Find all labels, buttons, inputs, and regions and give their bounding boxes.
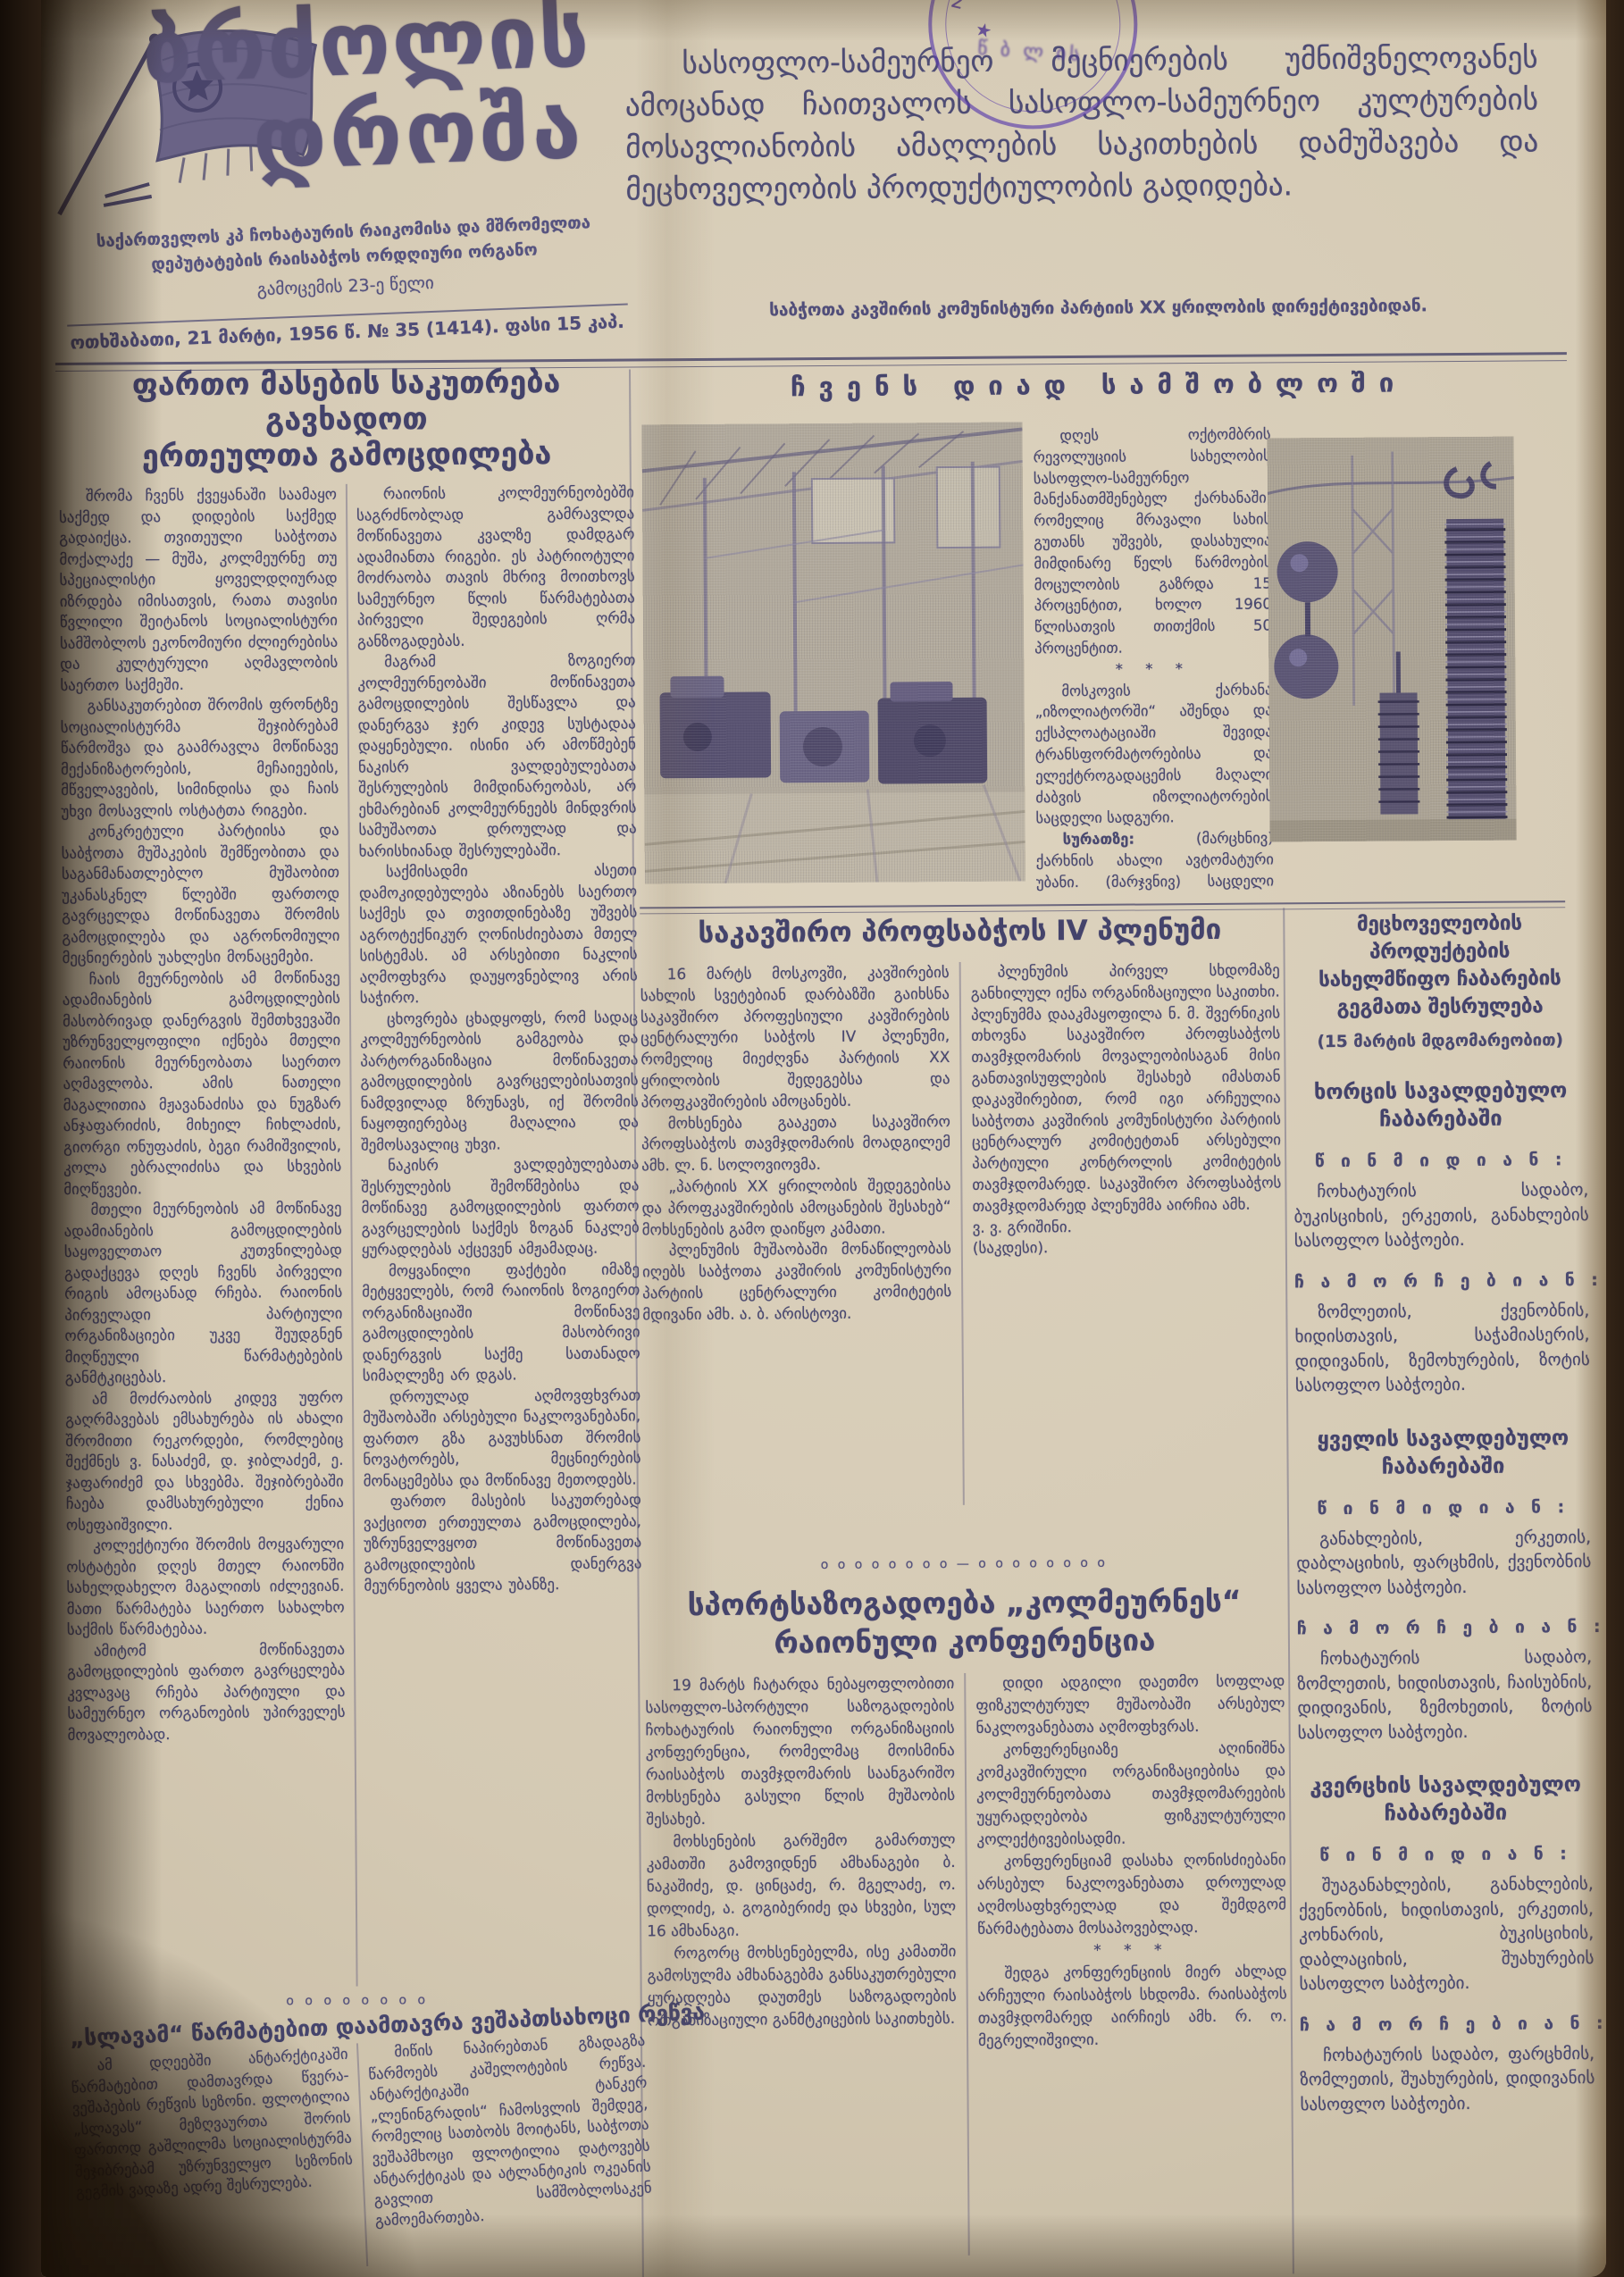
plenum-col2: პლენუმის პირველ სხდომაზე განხილულ იქნა ო… [971, 959, 1284, 1504]
masthead: ბრძოლის დროშა საქართველოს კპ ჩოხატაურის … [45, 0, 637, 326]
plenum-col1: 16 მარტს მოსკოვში, კავშირების სახლის სვე… [640, 962, 953, 1507]
left-article-col1: შრომა ჩვენს ქვეყანაში საამაყო საქმედ და … [59, 484, 347, 1988]
slava-col1: ამ დღეებში ანტარქტიკაში წარმატებით დამთა… [70, 2044, 357, 2277]
dateline: ოთხშაბათი, 21 მარტი, 1956 წ. № 35 (1414)… [62, 310, 632, 353]
slava-columns: ამ დღეებში ანტარქტიკაში წარმატებით დამთა… [70, 2030, 656, 2277]
behind-label: ჩ ა მ ო რ ჩ ე ბ ი ა ნ : [1297, 1617, 1592, 1638]
plenum-columns: 16 მარტს მოსკოვში, კავშირების სახლის სვე… [640, 959, 1284, 1507]
livestock-block-eggs: კვერცხის სავალდებულო ჩაბარებაში წ ი ნ მ … [1298, 1771, 1595, 2117]
our-country-column: დღეს ოქტომბრის რევოლუციის სახელობის სასო… [1033, 423, 1274, 893]
slava-col2: მიწის ნაპირებთან გზადაგზა წარმოებს კაშელ… [367, 2030, 655, 2266]
ahead-list: ჩოხატაურის სადაბო, ბუკისციხის, ერკეთის, … [1293, 1178, 1589, 1254]
our-country-headline: ჩვენს დიად სამშობლოში [636, 366, 1561, 403]
factory-photo [641, 422, 1025, 883]
left-article: ფართო მასების საკუთრება გავხადოთ ერთეულთ… [58, 364, 648, 2274]
conference-headline-line1: სპორტსაზოგადოება „კოლმეურნეს“ [644, 1581, 1284, 1624]
conference-col2: დიდი ადგილი დაეთმო სოფლად ფიზკულტურულ მუ… [975, 1670, 1289, 2255]
livestock-date-note: (15 მარტის მდგომარეობით) [1293, 1031, 1587, 1051]
left-article-headline-line1: ფართო მასების საკუთრება გავხადოთ [58, 364, 635, 439]
behind-label: ჩ ა მ ო რ ჩ ე ბ ი ა ნ : [1294, 1270, 1589, 1292]
plenum-article: საკავშირო პროფსაბჭოს IV პლენუმი 16 მარტს… [640, 913, 1284, 1507]
conference-col2-text: დიდი ადგილი დაეთმო სოფლად ფიზკულტურულ მუ… [975, 1670, 1286, 1940]
livestock-title-line1: მეცხოველეობის პროდუქტების [1292, 909, 1586, 967]
left-article-columns: შრომა ჩვენს ქვეყანაში საამაყო საქმედ და … [59, 481, 646, 1988]
conference-headline-line2: რაიონული კონფერენცია [645, 1620, 1285, 1662]
behind-label: ჩ ა მ ო რ ჩ ე ბ ი ა ნ : [1300, 2013, 1595, 2035]
livestock-subhead: კვერცხის სავალდებულო ჩაბარებაში [1298, 1771, 1593, 1828]
behind-list: ზომლეთის, ქვენობნის, ხიდისთავის, საჭამია… [1294, 1299, 1590, 1399]
ahead-list: შუაგანახლების, განახლების, ქვენობნის, ხი… [1299, 1872, 1595, 1997]
conference-columns: 19 მარტს ჩატარდა ნებაყოფლობითი სასოფლო-ს… [645, 1670, 1289, 2257]
electrical-station-photo [1268, 437, 1517, 842]
livestock-block-cheese: ყველის სავალდებულო ჩაბარებაში წ ი ნ მ ი … [1295, 1424, 1592, 1746]
ahead-label: წ ი ნ მ ი დ ი ა ნ : [1293, 1150, 1588, 1171]
left-article-col2: რაიონის კოლმეურნეობებში საგრძნობლად გამრ… [356, 481, 645, 1986]
newspaper-paper: ბრძოლის დროშა საქართველოს კპ ჩოხატაურის … [41, 0, 1606, 2277]
photo-caption-label: სურათზე: [1063, 831, 1134, 849]
ahead-label: წ ი ნ მ ი დ ი ა ნ : [1296, 1497, 1591, 1519]
conference-closing: შედგა კონფერენციის მიერ ახლად არჩეული რა… [977, 1961, 1287, 2052]
ahead-list: განახლების, ერკეთის, დაბლაციხის, ფარცხმი… [1296, 1526, 1592, 1602]
livestock-subhead: ყველის სავალდებულო ჩაბარებაში [1295, 1424, 1590, 1481]
stars-separator: * * * [1034, 657, 1272, 681]
our-country-para2: მოსკოვის ქარხანა „იზოლიატორში“ აშენდა და… [1034, 679, 1273, 829]
left-article-column-divider [346, 484, 358, 1987]
left-article-headline-line2: ერთეულთა გამოცდილება [59, 435, 635, 475]
masthead-title-line2: დროშა [251, 76, 586, 190]
page-content: ბრძოლის დროშა საქართველოს კპ ჩოხატაურის … [33, 0, 1614, 2277]
conference-article: სპორტსაზოგადოება „კოლმეურნეს“ რაიონული კ… [644, 1581, 1288, 2257]
newspaper-scan-page: ბრძოლის დროშა საქართველოს კპ ჩოხატაურის … [0, 0, 1624, 2277]
livestock-title-line3: გეგმათა შესრულება [1293, 992, 1587, 1022]
plenum-column-divider [959, 962, 965, 1505]
livestock-block-meat: ხორცის სავალდებულო ჩაბარებაში წ ი ნ მ ი … [1293, 1076, 1590, 1399]
lead-attribution: საბჭოთა კავშირის კომუნისტური პარტიის XX … [660, 295, 1536, 321]
conference-stars: * * * [977, 1938, 1286, 1963]
slava-column-divider [356, 2043, 368, 2266]
ornament-divider-double: o o o o o o o o — o o o o o o o o [644, 1554, 1284, 1573]
plenum-col2-text: პლენუმის პირველ სხდომაზე განხილულ იქნა ო… [971, 959, 1282, 1217]
photo-caption: სურათზე: (მარცხნივ) ქარხნის ახალი ავტომა… [1036, 828, 1274, 894]
plenum-signoff: (საკდესი). [973, 1236, 1282, 1260]
ahead-label: წ ი ნ მ ი დ ი ა ნ : [1299, 1844, 1594, 1865]
plenum-headline: საკავშირო პროფსაბჭოს IV პლენუმი [640, 913, 1279, 950]
behind-list: ჩოხატაურის სადაბო, ზომლეთის, ხიდისთავის,… [1297, 1645, 1593, 1745]
conference-col1: 19 მარტს ჩატარდა ნებაყოფლობითი სასოფლო-ს… [645, 1673, 958, 2257]
our-country-para1: დღეს ოქტომბრის რევოლუციის სახელობის სასო… [1033, 423, 1272, 659]
conference-column-divider [964, 1673, 970, 2256]
livestock-subhead: ხორცის სავალდებულო ჩაბარებაში [1293, 1076, 1588, 1134]
livestock-title-line2: სახელმწიფო ჩაბარების [1293, 965, 1587, 994]
behind-list: ჩოხატაურის სადაბო, ფარცხმის, ზომლეთის, შ… [1300, 2041, 1595, 2117]
livestock-report: მეცხოველეობის პროდუქტების სახელმწიფო ჩაბ… [1292, 909, 1595, 2117]
plenum-elected-name: ვ. ვ. გრიშინი. [973, 1215, 1282, 1238]
